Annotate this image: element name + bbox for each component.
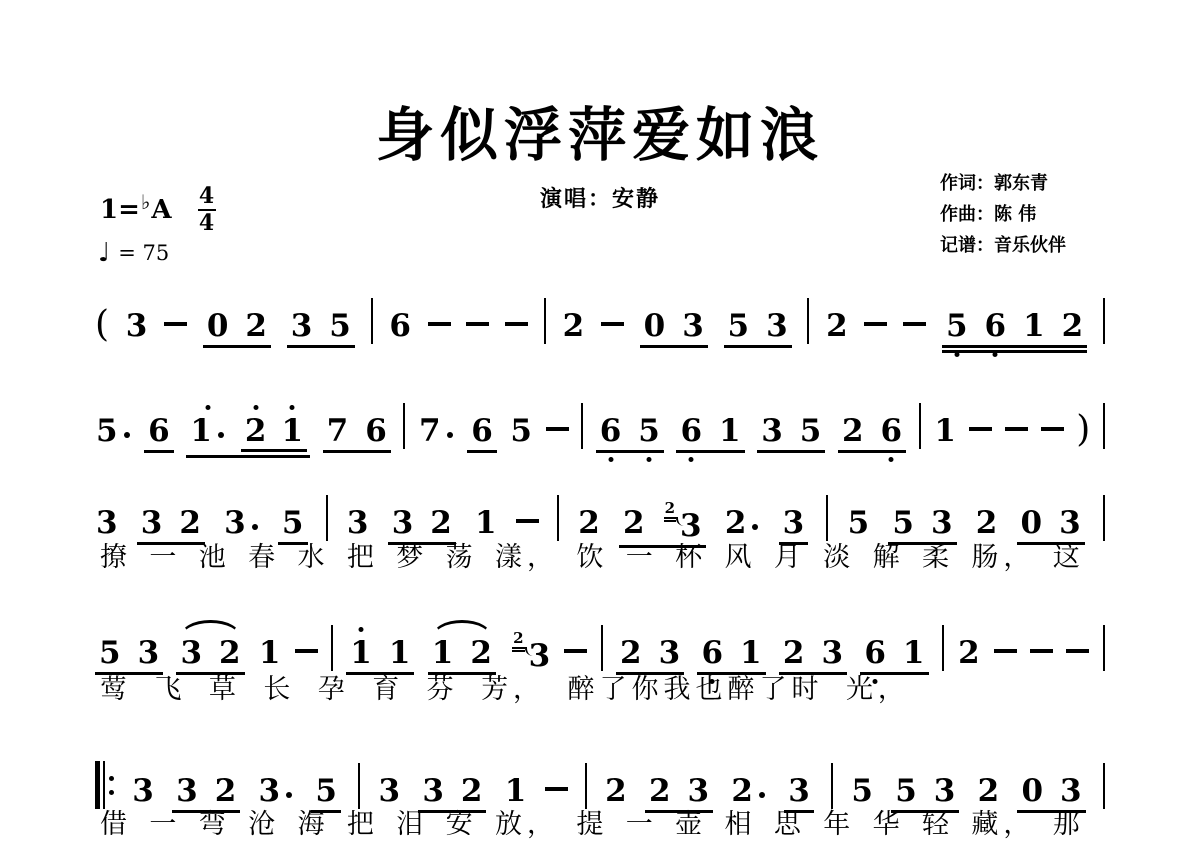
note-number: 6 [471,416,493,447]
note: 7 [418,416,455,447]
lyric-syllable: 草 [209,667,241,706]
note: 6 [470,416,494,447]
lyric-syllable: 水 [298,535,330,574]
note: 6 [364,416,388,447]
note-number: 3 [138,638,160,669]
meter-denominator: 4 [199,213,214,234]
barline [807,298,809,344]
lyric-syllable: 华 [873,802,905,841]
beam-group: 02 [203,311,271,348]
augmentation-dot [252,524,258,530]
note-number: 6 [148,416,170,447]
beam-group: 26 [838,416,906,453]
duration-dash [516,519,539,523]
lyric-syllable: 提 [576,802,608,841]
composer-credit: 作曲：陈 伟 [940,199,1066,230]
lyric-syllable: 藏， [971,802,1035,841]
note-number: 5 [638,416,660,447]
lyric-syllable: 相 [725,802,757,841]
lyric-syllable: 光， [846,667,910,706]
note-number: 2 [245,311,267,342]
barline [1103,403,1105,449]
duration-dash [1041,427,1064,431]
parenthesis: ) [1076,412,1090,448]
note: 1 [902,638,926,669]
note: 2 [1061,311,1085,342]
barline [942,625,944,671]
octave-dot-high [359,627,364,632]
grace-note: 2 [512,631,524,652]
note-number: 5 [946,311,968,342]
note: 3 [137,638,161,669]
meter-numerator: 4 [199,186,214,207]
note: 3 [125,311,149,342]
music-line-1: (3023562035325612 [95,290,1105,353]
note: 2 [619,638,643,669]
note-number: 6 [365,416,387,447]
beam-group: 76 [323,416,391,453]
note-number: 0 [207,311,229,342]
key-signature: 1=♭A 44 [100,186,216,234]
note-number: 2 [842,416,864,447]
note-number: 2 [470,638,492,669]
note-number: 3 [766,311,788,342]
note-number: 1 [934,416,956,447]
note: 3 [658,638,682,669]
barline [581,403,583,449]
lyric-syllable: 池 [199,535,231,574]
note: 1 [388,638,412,669]
duration-dash [864,322,887,326]
duration-dash [545,787,568,791]
note-number: 3 [659,638,681,669]
lyric-syllable: 一 [626,802,658,841]
tempo-value: = 75 [118,241,169,265]
lyric-syllable: 思 [774,802,806,841]
note: 5 [799,416,823,447]
note-number: 6 [881,416,903,447]
octave-dot-low [954,352,959,357]
lyric-syllable: 这 [1053,535,1085,574]
note-number: 6 [680,416,702,447]
note-number: 3 [682,311,704,342]
note: 6 [984,311,1008,342]
duration-dash [903,322,926,326]
note: 6 [599,416,623,447]
flat-icon: ♭ [141,190,150,214]
sheet-music-page: 身似浮萍爱如浪 演唱：安静 作词：郭东青 作曲：陈 伟 记谱：音乐伙伴 1=♭A… [0,0,1200,850]
note-number: 2 [620,638,642,669]
duration-dash [1005,427,1028,431]
lyric-syllable: 那 [1053,802,1085,841]
note: 1 [431,638,455,669]
note-number: 1 [350,638,372,669]
note-number: 2 [1062,311,1084,342]
lyric-syllable: 月 [774,535,806,574]
barline [544,298,546,344]
lyricist-credit: 作词：郭东青 [940,168,1066,199]
lyric-syllable: 杯 [675,535,707,574]
lyric-syllable: 轻 [922,802,954,841]
note-number: 1 [1023,311,1045,342]
lyric-syllable: 育 [372,667,404,706]
lyric-syllable: 把 [347,802,379,841]
octave-dot-low [993,352,998,357]
note-number: 1 [190,416,212,447]
lyric-syllable: 一 [149,535,181,574]
barline [331,625,333,671]
lyric-syllable: 飞 [154,667,186,706]
duration-dash [505,322,528,326]
lyric-syllable: 柔 [922,535,954,574]
lyrics-line-3: 借一弯沧海把泪安放，提一壶相思年华轻藏，那 [100,802,1085,841]
note: 6 [700,638,724,669]
lyrics-line-1: 撩一池春水把梦荡漾，饮一杯风月淡解柔肠，这 [100,535,1085,574]
lyric-syllable: 春 [248,535,280,574]
lyric-syllable: 壶 [675,802,707,841]
note: 2 [562,311,586,342]
note: 1 [1022,311,1046,342]
lyric-syllable: 一 [626,535,658,574]
note-number: 5 [329,311,351,342]
note: 2 [244,311,268,342]
octave-dot-high [290,405,295,410]
duration-dash [466,322,489,326]
note-number: 3 [126,311,148,342]
lyric-syllable: 一 [149,802,181,841]
note: 1 [933,416,957,447]
octave-dot-high [205,405,210,410]
note-number: 3 [821,638,843,669]
note: 2 [957,638,981,669]
note-number: 3 [761,416,783,447]
note-number: 0 [644,311,666,342]
lyric-syllable: 醉了你我也醉了时 [568,667,824,706]
note-number: 3 [291,311,313,342]
beam-group: 21 [241,416,307,452]
note: 5 [95,416,132,447]
note: 1 [718,416,742,447]
lyric-syllable: 孕 [318,667,350,706]
note-number: 1 [389,638,411,669]
note: 5 [945,311,969,342]
octave-dot-low [689,457,694,462]
lyric-syllable: 泪 [396,802,428,841]
note: 5 [328,311,352,342]
note: 6 [679,416,703,447]
octave-dot-low [889,457,894,462]
duration-dash [428,322,451,326]
note-number: 5 [510,416,532,447]
barline [1103,495,1105,541]
key-tonic: A [151,195,171,225]
lyric-syllable: 把 [347,535,379,574]
note: 5 [98,638,122,669]
parenthesis: ( [95,307,109,343]
note: 2 [244,416,268,447]
lyric-syllable: 安 [446,802,478,841]
credits-block: 作词：郭东青 作曲：陈 伟 记谱：音乐伙伴 [940,168,1066,261]
note: 1 [189,416,226,447]
beam-group: 65 [596,416,664,453]
note: 5 [509,416,533,447]
quarter-note-icon: ♩ [98,238,110,268]
note: 2 [218,638,242,669]
note: 6 [880,416,904,447]
note: 6 [863,638,887,669]
note-number: 1 [432,638,454,669]
augmentation-dot [124,432,130,438]
music-line-2: 5612176765656135261) [95,395,1105,458]
lyric-syllable: 芳， [481,667,545,706]
beam-group: 03 [640,311,708,348]
note: 1 [281,416,305,447]
note-number: 1 [903,638,925,669]
lyric-syllable: 饮 [576,535,608,574]
note-number: 2 [245,416,267,447]
time-signature: 44 [198,186,216,234]
note-number: 6 [985,311,1007,342]
lyric-syllable: 海 [298,802,330,841]
note: 2 [825,311,849,342]
beam-group: 6 [144,416,174,453]
note-number: 5 [728,311,750,342]
note: 6 [388,311,412,342]
note-number: 6 [389,311,411,342]
lyrics-line-2: 莺飞草长孕育芬芳，醉了你我也醉了时光， [100,667,910,706]
note-number: 5 [96,416,118,447]
note: 3 [179,638,203,669]
note-number: 2 [563,311,585,342]
beam-group: 6 [467,416,497,453]
duration-dash [1066,649,1089,653]
barline [601,625,603,671]
grace-note: 2 [664,501,676,522]
note-number: 2 [958,638,980,669]
lyric-syllable: 沧 [248,802,280,841]
lyric-syllable: 肠， [971,535,1035,574]
duration-dash [969,427,992,431]
beam-group: 61 [676,416,744,453]
note: 2 [841,416,865,447]
note: 3 [765,311,789,342]
note-number: 7 [419,416,441,447]
beam-group: 121 [186,416,310,458]
repeat-dots [109,776,114,795]
note: 0 [206,311,230,342]
transcriber-credit: 记谱：音乐伙伴 [940,230,1066,261]
note-number: 5 [99,638,121,669]
augmentation-dot [759,792,765,798]
octave-dot-low [608,457,613,462]
augmentation-dot [218,432,224,438]
key-prefix: 1= [100,195,140,225]
note-number: 1 [282,416,304,447]
note: 1 [349,638,373,669]
note-number: 2 [783,638,805,669]
lyric-syllable: 放， [495,802,559,841]
note-number: 3 [180,638,202,669]
note: 3 [681,311,705,342]
note: 3 [820,638,844,669]
note: 2 [469,638,493,669]
duration-dash [601,322,624,326]
augmentation-dot [447,432,453,438]
augmentation-dot [752,524,758,530]
note-number: 6 [864,638,886,669]
lyric-syllable: 荡 [446,535,478,574]
lyric-syllable: 借 [100,802,132,841]
duration-dash [546,427,569,431]
lyric-syllable: 解 [873,535,905,574]
note-number: 6 [701,638,723,669]
duration-dash [295,649,318,653]
note: 7 [326,416,350,447]
note: 3 [760,416,784,447]
beam-group: 5612 [942,311,1087,353]
note-number: 1 [259,638,281,669]
note-number: 7 [327,416,349,447]
note: 3 [290,311,314,342]
song-title: 身似浮萍爱如浪 [0,88,1200,172]
note: 6 [147,416,171,447]
augmentation-dot [286,792,292,798]
lyric-syllable: 淡 [823,535,855,574]
note: 1 [739,638,763,669]
octave-dot-high [253,405,258,410]
lyric-syllable: 漾， [495,535,559,574]
note-number: 6 [600,416,622,447]
beam-group: 35 [757,416,825,453]
beam-group: 53 [724,311,792,348]
barline [1103,625,1105,671]
duration-dash [564,649,587,653]
barline [919,403,921,449]
lyric-syllable: 莺 [100,667,132,706]
lyric-syllable: 弯 [199,802,231,841]
lyric-syllable: 芬 [427,667,459,706]
duration-dash [994,649,1017,653]
lyric-syllable: 年 [823,802,855,841]
note-number: 5 [800,416,822,447]
barline [1103,298,1105,344]
lyric-syllable: 撩 [100,535,132,574]
note: 5 [727,311,751,342]
duration-dash [1030,649,1053,653]
note: 5 [637,416,661,447]
barline [403,403,405,449]
beam-group: 35 [287,311,355,348]
lyric-syllable: 长 [263,667,295,706]
note-number: 1 [719,416,741,447]
note-number: 1 [740,638,762,669]
tempo-marking: ♩ = 75 [98,238,169,268]
note: 1 [258,638,282,669]
lyric-syllable: 风 [725,535,757,574]
note-number: 2 [826,311,848,342]
note: 0 [643,311,667,342]
note: 2 [782,638,806,669]
lyric-syllable: 梦 [396,535,428,574]
duration-dash [164,322,187,326]
octave-dot-low [647,457,652,462]
barline [371,298,373,344]
barline [1103,763,1105,809]
note-number: 2 [219,638,241,669]
